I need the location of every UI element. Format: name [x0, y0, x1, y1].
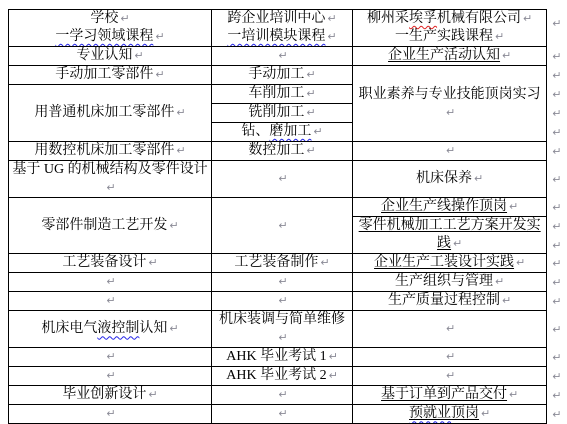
paragraph-mark: ↵ [495, 275, 504, 288]
cell-text: 专业认知 [76, 48, 132, 63]
paragraph-mark: ↵ [278, 49, 287, 62]
table-cell: ↵ [9, 367, 212, 386]
cell-text: 工艺装备制作 [234, 255, 318, 270]
table-cell: 铣削加工↵ [211, 104, 352, 123]
row-end-mark: ↵ [547, 386, 567, 405]
row-end-mark: ↵ [547, 405, 567, 424]
paragraph-mark: ↵ [278, 275, 287, 288]
cell-text: 数控加工 [248, 143, 304, 158]
paragraph-mark: ↵ [169, 219, 178, 232]
paragraph-mark: ↵ [446, 322, 455, 335]
table-cell: AHK 毕业考试 2↵ [211, 367, 352, 386]
paragraph-mark: ↵ [523, 12, 532, 25]
paragraph-mark: ↵ [278, 294, 287, 307]
table-cell: 职业素养与专业技能顶岗实习↵ [353, 66, 547, 142]
table-cell: ↵ [9, 348, 212, 367]
paragraph-mark: ↵ [120, 12, 129, 25]
paragraph-mark: ↵ [106, 369, 115, 382]
paragraph-mark: ↵ [313, 125, 322, 138]
paragraph-mark: ↵ [516, 256, 525, 269]
paragraph-mark: ↵ [509, 200, 518, 213]
cell-text: 机床装调与简单维修 [219, 312, 345, 327]
cell-text: 企业生产活动认知 [388, 48, 500, 63]
header-school-column: 学校↵ 一学习领域课程↵ [9, 10, 212, 47]
table-cell: 用数控机床加工零部件↵ [9, 142, 212, 161]
paragraph-mark: ↵ [176, 106, 185, 119]
cell-text: 用数控机床加工零部件 [34, 143, 174, 158]
row-end-mark: ↵ [547, 254, 567, 273]
cell-text: AHK 毕业考试 2 [226, 368, 326, 383]
table-cell: 企业生产线操作顶岗↵ [353, 198, 547, 217]
paragraph-mark: ↵ [278, 388, 287, 401]
table-cell: 机床保养↵ [353, 161, 547, 198]
table-cell: 企业生产活动认知↵ [353, 47, 547, 66]
paragraph-mark: ↵ [306, 87, 315, 100]
paragraph-mark: ↵ [106, 407, 115, 420]
table-cell: 基于 UG 的机械结构及零件设计↵ [9, 161, 212, 198]
row-end-mark: ↵ [547, 198, 567, 217]
paragraph-mark: ↵ [446, 106, 455, 119]
paragraph-mark: ↵ [481, 407, 490, 420]
table-cell: 企业生产工装设计实践↵ [353, 254, 547, 273]
table-cell: 钻、磨加工↵ [211, 123, 352, 142]
cell-text: 机床保养 [416, 171, 472, 186]
paragraph-mark: ↵ [329, 350, 338, 363]
column-title: 跨企业培训中心 [227, 11, 325, 26]
curriculum-table: 学校↵ 一学习领域课程↵ 跨企业培训中心↵ 一培训模块课程↵ 柳州采埃孚机械有限… [8, 9, 567, 424]
table-cell: 生产质量过程控制↵ [353, 292, 547, 311]
paragraph-mark: ↵ [495, 30, 504, 43]
column-title: 柳州采埃孚机械有限公司 [367, 11, 521, 26]
paragraph-mark: ↵ [329, 369, 338, 382]
paragraph-mark: ↵ [453, 237, 462, 250]
cell-text: 预就业顶岗 [409, 406, 479, 421]
cell-text: 生产质量过程控制 [388, 293, 500, 308]
row-end-mark: ↵ [547, 311, 567, 348]
paragraph-mark: ↵ [176, 144, 185, 157]
table-cell: 数控加工↵ [211, 142, 352, 161]
cell-text: 用普通机床加工零部件 [34, 105, 174, 120]
row-end-mark: ↵ [547, 142, 567, 161]
table-cell: 机床电气液控制认知↵ [9, 311, 212, 348]
row-end-mark: ↵ [547, 235, 567, 254]
cell-text: 职业素养与专业技能顶岗实习 [359, 87, 541, 102]
paragraph-mark: ↵ [148, 388, 157, 401]
header-training-center-column: 跨企业培训中心↵ 一培训模块课程↵ [211, 10, 352, 47]
cell-text: 手动加工零部件 [55, 67, 153, 82]
cell-text: 毕业创新设计 [62, 387, 146, 402]
paragraph-mark: ↵ [502, 49, 511, 62]
row-end-mark: ↵ [547, 66, 567, 85]
row-end-mark: ↵ [547, 47, 567, 66]
column-title: 学校 [90, 11, 118, 26]
table-cell: ↵ [353, 367, 547, 386]
cell-text: 零件机械加工工艺方案开发实践 [359, 218, 541, 251]
paragraph-mark: ↵ [169, 322, 178, 335]
paragraph-mark: ↵ [306, 106, 315, 119]
column-subtitle: 一培训模块课程 [227, 29, 325, 44]
table-cell: 毕业创新设计↵ [9, 386, 212, 405]
paragraph-mark: ↵ [446, 144, 455, 157]
table-cell: ↵ [211, 47, 352, 66]
row-end-mark: ↵ [547, 10, 567, 47]
cell-text: 钻、磨加工 [241, 124, 311, 139]
paragraph-mark: ↵ [278, 172, 287, 185]
paragraph-mark: ↵ [502, 294, 511, 307]
table-cell: 预就业顶岗↵ [353, 405, 547, 424]
table-cell: ↵ [211, 386, 352, 405]
paragraph-mark: ↵ [106, 350, 115, 363]
cell-text: AHK 毕业考试 1 [226, 349, 326, 364]
paragraph-mark: ↵ [474, 172, 483, 185]
paragraph-mark: ↵ [155, 68, 164, 81]
row-end-mark: ↵ [547, 104, 567, 123]
paragraph-mark: ↵ [155, 30, 164, 43]
paragraph-mark: ↵ [327, 12, 336, 25]
cell-text: 零部件制造工艺开发 [41, 218, 167, 233]
cell-text: 工艺装备设计 [62, 255, 146, 270]
paragraph-mark: ↵ [306, 144, 315, 157]
cell-text: 企业生产线操作顶岗 [381, 199, 507, 214]
table-cell: ↵ [9, 405, 212, 424]
cell-text: 基于 UG 的机械结构及零件设计 [12, 162, 207, 177]
paragraph-mark: ↵ [278, 407, 287, 420]
cell-text: 铣削加工 [248, 105, 304, 120]
table-cell: 工艺装备设计↵ [9, 254, 212, 273]
table-cell: ↵ [9, 292, 212, 311]
table-cell: 专业认知↵ [9, 47, 212, 66]
row-end-mark: ↵ [547, 161, 567, 198]
paragraph-mark: ↵ [134, 49, 143, 62]
cell-text: 手动加工 [248, 67, 304, 82]
table-cell: 机床装调与简单维修↵ [211, 311, 352, 348]
cell-text: 基于订单到产品交付 [381, 387, 507, 402]
cell-text: 企业生产工装设计实践 [374, 255, 514, 270]
row-end-mark: ↵ [547, 367, 567, 386]
table-cell: ↵ [353, 311, 547, 348]
header-company-column: 柳州采埃孚机械有限公司↵ 一生产实践课程↵ [353, 10, 547, 47]
paragraph-mark: ↵ [320, 256, 329, 269]
paragraph-mark: ↵ [148, 256, 157, 269]
paragraph-mark: ↵ [446, 369, 455, 382]
table-cell: ↵ [211, 405, 352, 424]
row-end-mark: ↵ [547, 348, 567, 367]
table-cell: ↵ [353, 348, 547, 367]
paragraph-mark: ↵ [306, 68, 315, 81]
table-cell: AHK 毕业考试 1↵ [211, 348, 352, 367]
paragraph-mark: ↵ [106, 275, 115, 288]
table-cell: ↵ [211, 292, 352, 311]
paragraph-mark: ↵ [278, 219, 287, 232]
table-cell: ↵ [353, 142, 547, 161]
table-cell: ↵ [9, 273, 212, 292]
table-cell: ↵ [211, 161, 352, 198]
row-end-mark: ↵ [547, 85, 567, 104]
column-subtitle: 一学习领域课程 [55, 29, 153, 44]
table-cell: 工艺装备制作↵ [211, 254, 352, 273]
paragraph-mark: ↵ [327, 30, 336, 43]
table-cell: 用普通机床加工零部件↵ [9, 85, 212, 142]
paragraph-mark: ↵ [446, 350, 455, 363]
table-cell: 车削加工↵ [211, 85, 352, 104]
row-end-mark: ↵ [547, 123, 567, 142]
paragraph-mark: ↵ [509, 388, 518, 401]
table-cell: 零件机械加工工艺方案开发实践↵ [353, 217, 547, 254]
paragraph-mark: ↵ [106, 181, 115, 194]
row-end-mark: ↵ [547, 217, 567, 236]
table-cell: ↵ [211, 198, 352, 254]
row-end-mark: ↵ [547, 273, 567, 292]
table-cell: 生产组织与管理↵ [353, 273, 547, 292]
cell-text: 生产组织与管理 [395, 274, 493, 289]
table-cell: 手动加工零部件↵ [9, 66, 212, 85]
document-page: { "marks": { "pilcrow": "↵", "row_end": … [0, 0, 567, 387]
row-end-mark: ↵ [547, 292, 567, 311]
table-cell: 手动加工↵ [211, 66, 352, 85]
table-cell: 零部件制造工艺开发↵ [9, 198, 212, 254]
paragraph-mark: ↵ [106, 294, 115, 307]
table-cell: ↵ [211, 273, 352, 292]
column-subtitle: 一生产实践课程 [395, 29, 493, 44]
cell-text: 车削加工 [248, 86, 304, 101]
cell-text: 机床电气液控制认知 [41, 321, 167, 336]
paragraph-mark: ↵ [278, 331, 287, 344]
table-cell: 基于订单到产品交付↵ [353, 386, 547, 405]
